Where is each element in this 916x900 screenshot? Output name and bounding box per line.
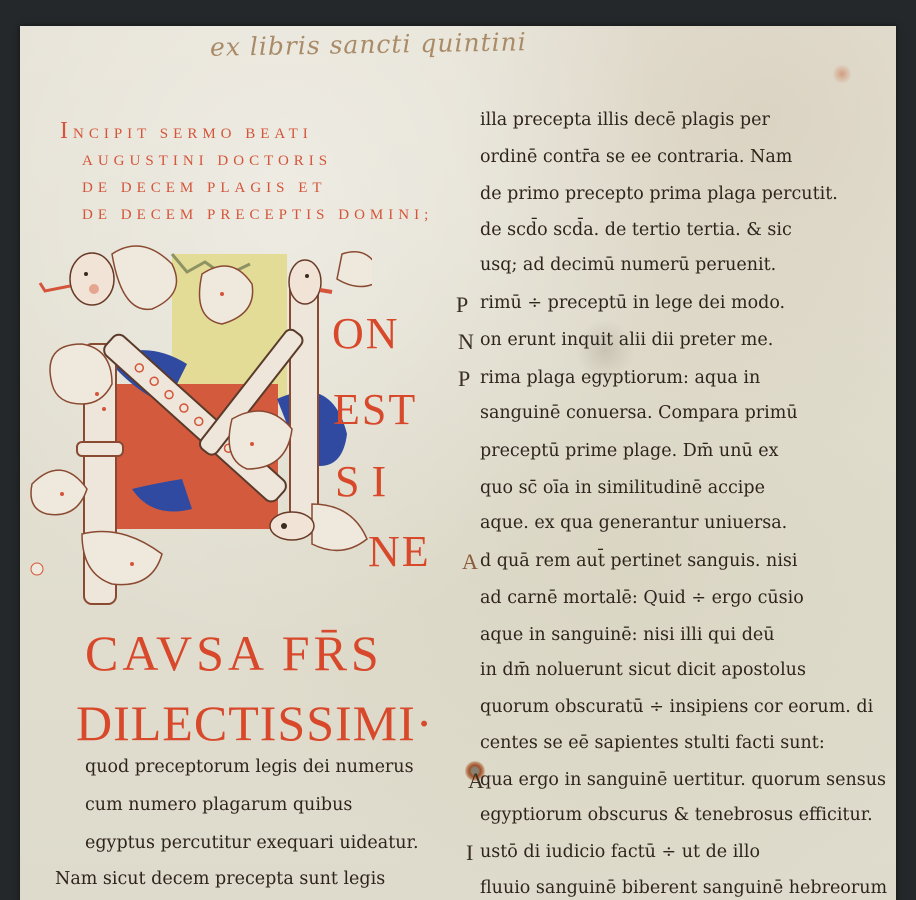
margin-initial: N — [458, 329, 474, 355]
rubric-incipit: Incipit sermo beati augustini doctoris d… — [60, 118, 420, 229]
display-caps-dilectissimi: DILECTISSIMI· — [76, 698, 433, 748]
text-line: de scd̄o scd̄a. de tertio tertia. & sic — [480, 220, 792, 240]
margin-initial: A — [462, 549, 478, 575]
text-line: quorum obscuratū ÷ insipiens cor eorum. … — [480, 697, 873, 717]
text-line: fluuio sanguinē biberent sanguinē hebreo… — [480, 878, 887, 898]
text-line: ad carnē mortalē: Quid ÷ ergo cūsio — [480, 588, 804, 608]
display-caps-on: ON — [332, 312, 400, 356]
illuminated-initial-n — [22, 234, 372, 619]
display-caps-si: SI — [335, 460, 398, 504]
margin-initial: I — [466, 840, 473, 866]
rubric-line: augustini doctoris — [60, 148, 420, 175]
margin-initial: A — [468, 768, 484, 794]
text-line: egyptiorum obscurus & tenebrosus efficit… — [480, 805, 873, 825]
text-line: egyptus percutitur exequari uideatur. — [85, 833, 419, 853]
rubric-line: de decem preceptis domini; — [60, 202, 420, 229]
margin-initial: P — [456, 292, 468, 318]
text-line: sanguinē conuersa. Compara primū — [480, 403, 798, 423]
text-line: d quā rem aut̄ pertinet sanguis. nisi — [480, 551, 798, 571]
display-caps-est: EST — [333, 388, 417, 432]
text-line: aque. ex qua generantur uniuersa. — [480, 513, 787, 533]
text-line: ordinē contr̄a se ee contraria. Nam — [480, 147, 792, 167]
stain-mark — [833, 63, 851, 85]
text-line: rimū ÷ preceptū in lege dei modo. — [480, 293, 785, 313]
text-line: on erunt inquit alii dii preter me. — [480, 330, 773, 350]
display-caps-ne: NE — [368, 530, 431, 574]
text-line: in dm̄ noluerunt sicut dicit apostolus — [480, 660, 806, 680]
text-line: quod preceptorum legis dei numerus — [85, 757, 414, 777]
text-line: illa precepta illis decē plagis per — [480, 110, 770, 130]
display-caps-causa-fratres: CAVSA FR̄S — [85, 628, 383, 678]
text-line: cum numero plagarum quibus — [85, 795, 352, 815]
text-line: qua ergo in sanguinē uertitur. quorum se… — [480, 770, 886, 790]
text-line: Nam sicut decem precepta sunt legis — [55, 869, 385, 889]
text-line: usq; ad decimū numerū peruenit. — [480, 255, 776, 275]
text-line: ustō di iudicio factū ÷ ut de illo — [480, 842, 760, 862]
text-line: rima plaga egyptiorum: aqua in — [480, 368, 760, 388]
text-line: centes se eē sapientes stulti facti sunt… — [480, 733, 825, 753]
rubric-line: de decem plagis et — [60, 175, 420, 202]
margin-initial: P — [458, 366, 470, 392]
text-line: de primo precepto prima plaga percutit. — [480, 184, 838, 204]
rubric-line: Incipit sermo beati — [60, 118, 420, 148]
text-line: quo sc̄ oīa in similitudinē accipe — [480, 478, 765, 498]
text-line: preceptū prime plage. Dm̄ unū ex — [480, 441, 779, 461]
ownership-note: ex libris sancti quintini — [210, 27, 527, 62]
text-line: aque in sanguinē: nisi illi qui deū — [480, 625, 775, 645]
